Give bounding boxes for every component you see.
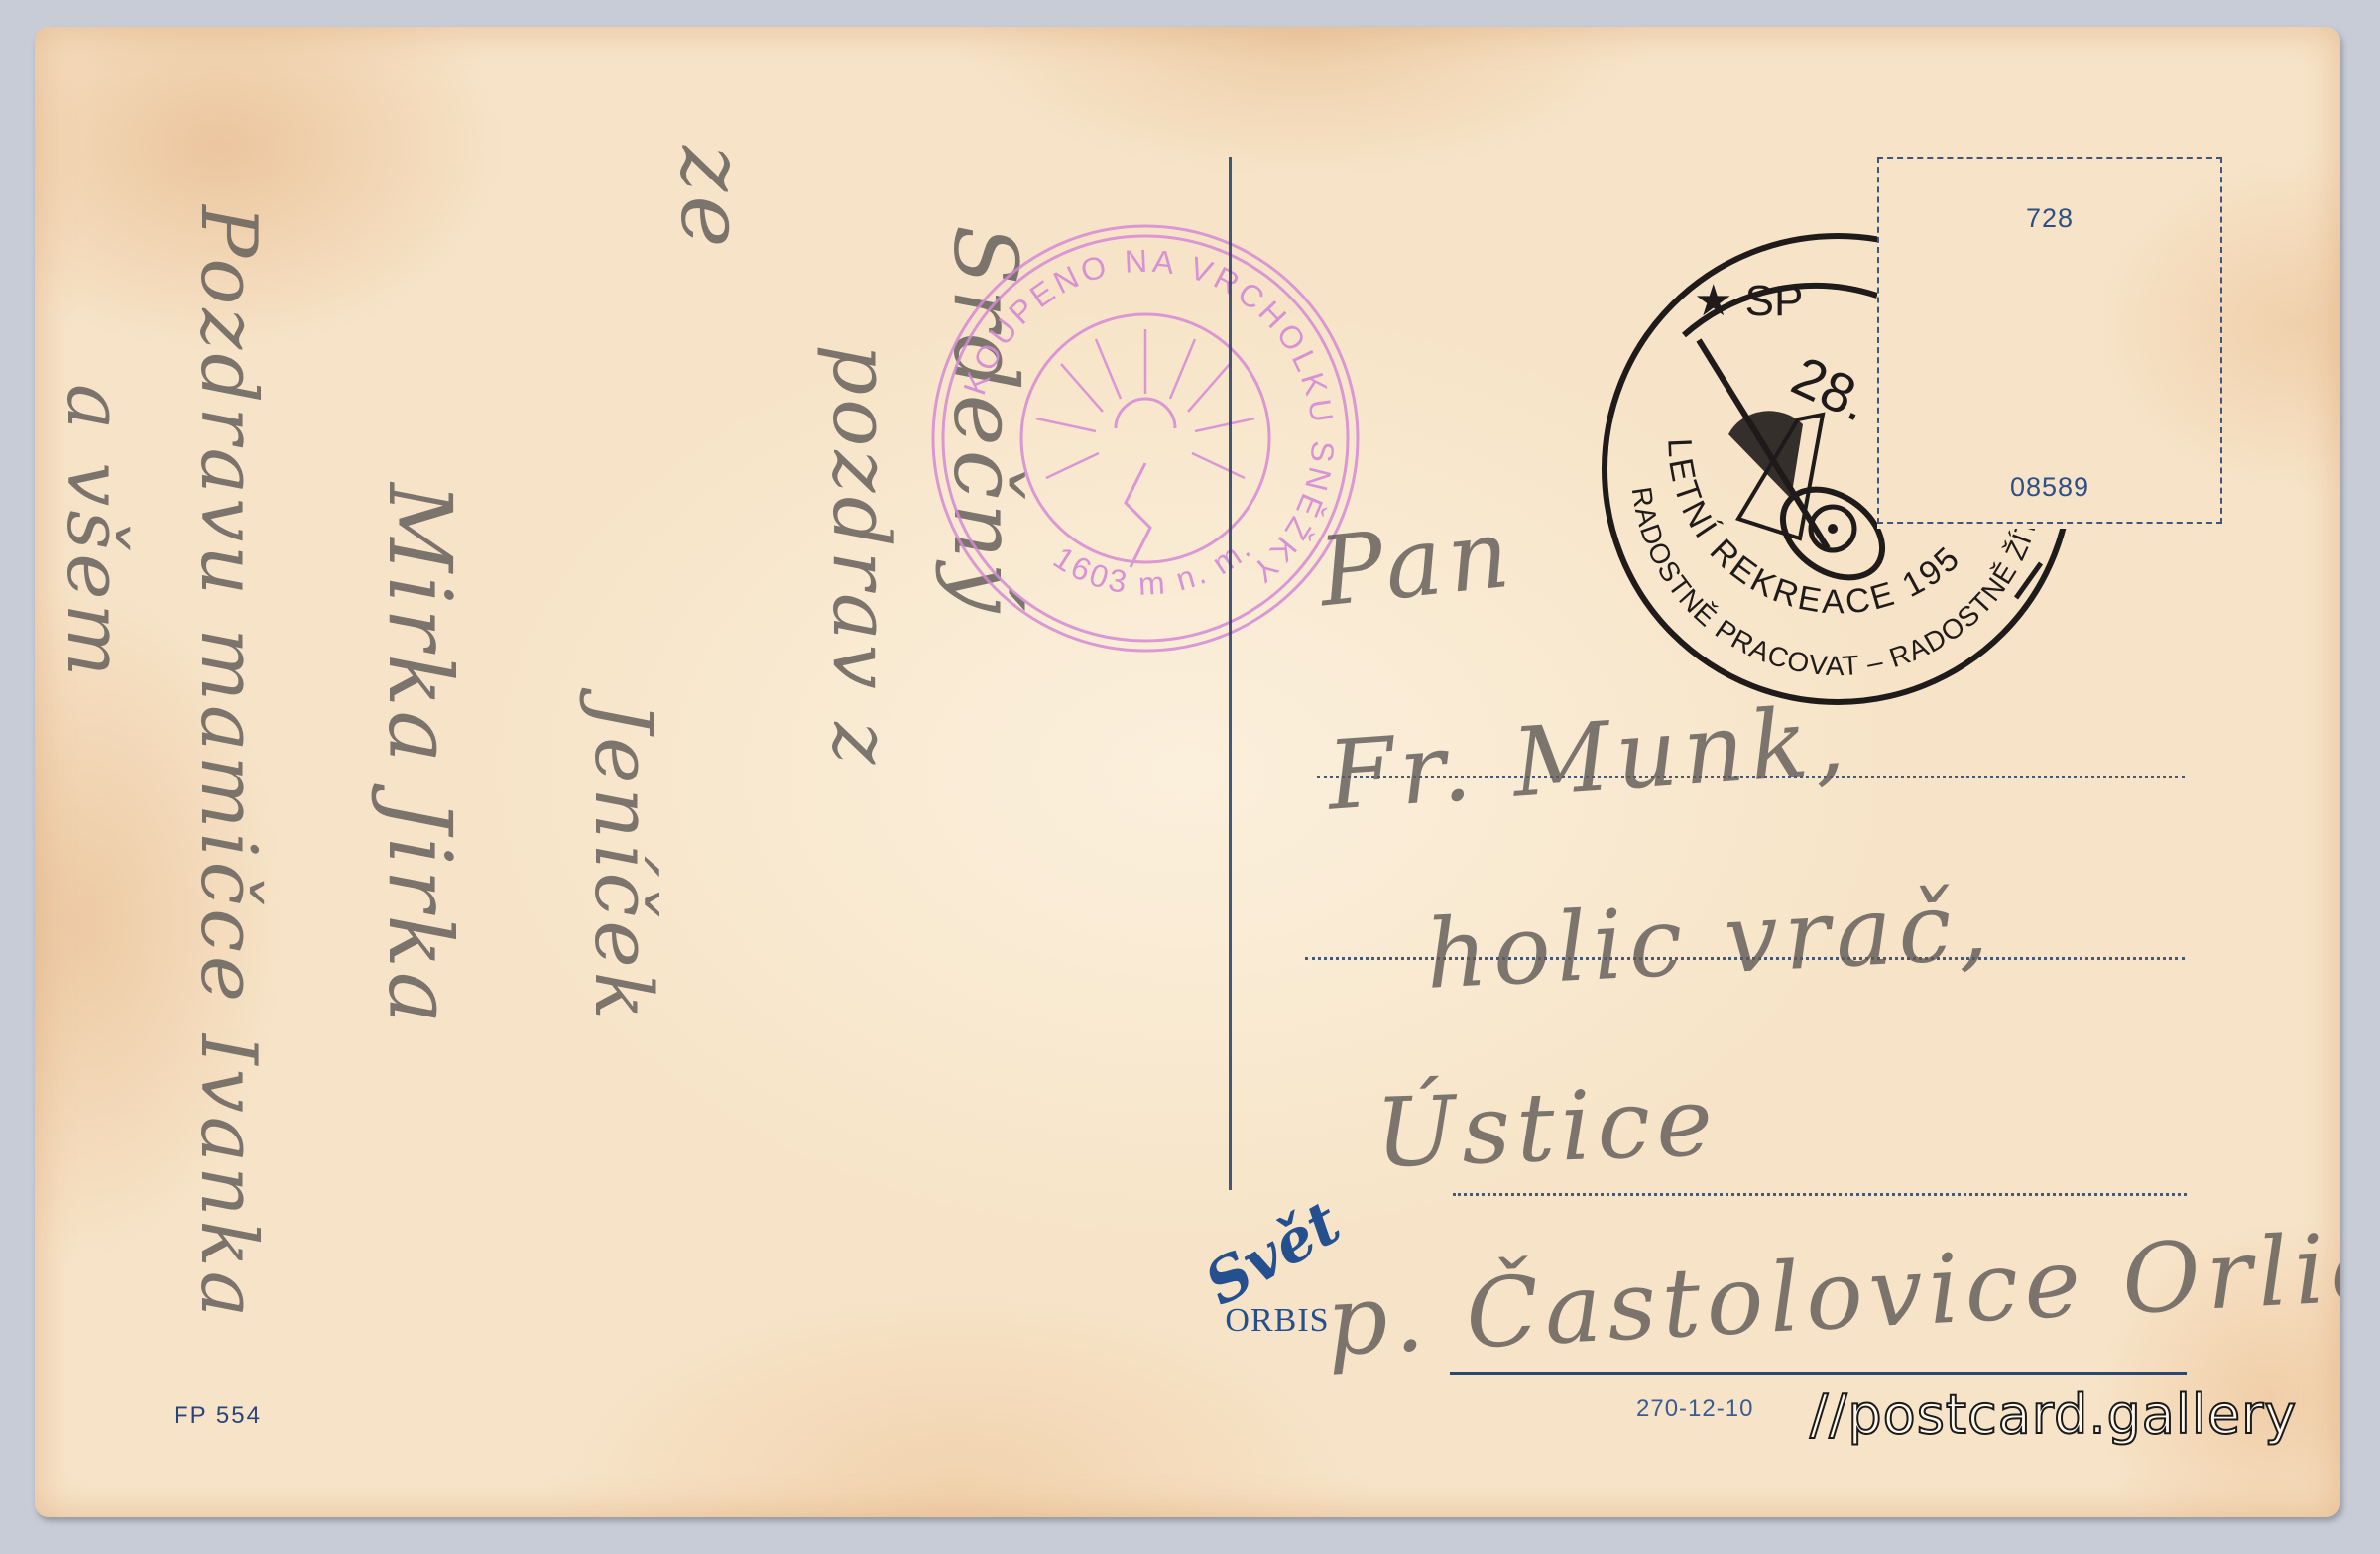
card-divider xyxy=(1229,157,1232,1190)
handwritten-message-line: Mirka Jirka xyxy=(369,483,471,1027)
black-cancellation-postmark: ★ SP 28. LETNÍ REKREACE 195 RADOSTNĚ PRA… xyxy=(1590,221,2085,717)
address-line xyxy=(1450,1372,2187,1375)
svg-text:1603 m n. m.: 1603 m n. m. xyxy=(1047,530,1259,602)
handwritten-message-line: Jeníček xyxy=(577,701,669,1023)
handwritten-address-line: p. Častolovice Orlicí xyxy=(1324,1209,2340,1377)
handwritten-message-line: ze xyxy=(661,146,764,251)
svg-text:★ SP: ★ SP xyxy=(1694,277,1803,325)
handwritten-address-line: Pan xyxy=(1314,497,1520,628)
violet-summit-postmark: KOUPENO NA VRCHOLKU SNĚŽKY 1603 m n. m. xyxy=(922,215,1368,661)
serial-number: 270-12-10 xyxy=(1636,1395,1753,1423)
publisher-logo: Svět ORBIS xyxy=(1173,1217,1381,1340)
handwritten-address-line: Fr. Munk, xyxy=(1324,684,1853,832)
handwritten-message-line: a všem xyxy=(50,384,139,681)
handwritten-message-line: Pozdravu mamičce Ivanka xyxy=(183,205,273,1321)
address-line xyxy=(1453,1193,2187,1196)
handwritten-message-line: pozdrav z xyxy=(815,344,907,768)
print-code: FP 554 xyxy=(174,1402,262,1430)
handwritten-address-line: holic vrač, xyxy=(1423,870,1996,1011)
svg-text:KOUPENO NA VRCHOLKU SNĚŽKY: KOUPENO NA VRCHOLKU SNĚŽKY xyxy=(956,243,1341,593)
handwritten-address-line: Ústice xyxy=(1373,1066,1721,1189)
watermark: //postcard.gallery xyxy=(1810,1383,2297,1446)
postcard: Pozdravu mamičce Ivanka a všem ze Srdečn… xyxy=(35,27,2340,1517)
